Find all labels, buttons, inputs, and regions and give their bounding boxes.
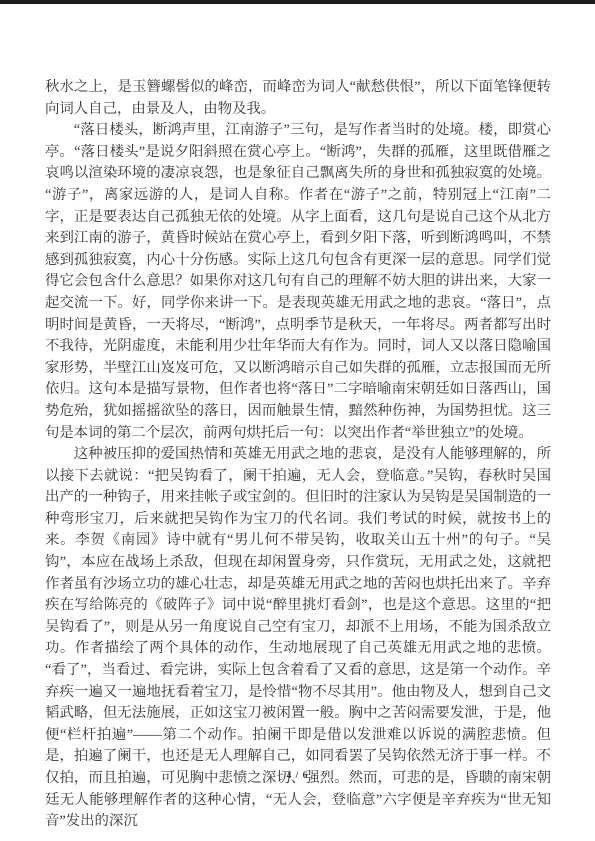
page-top-edge — [0, 0, 595, 4]
page-number-label: 4 / 6 — [287, 771, 309, 781]
page-number: 4 / 6 — [0, 771, 595, 781]
page-text-body: 秋水之上，是玉簪螺髻似的峰峦，而峰峦为词人“献愁供恨”，所以下面笔锋便转向词人自… — [45, 77, 551, 833]
paragraph: 秋水之上，是玉簪螺髻似的峰峦，而峰峦为词人“献愁供恨”，所以下面笔锋便转向词人自… — [45, 77, 551, 120]
document-page: 秋水之上，是玉簪螺髻似的峰峦，而峰峦为词人“献愁供恨”，所以下面笔锋便转向词人自… — [0, 0, 595, 841]
paragraph: “落日楼头，断鸿声里，江南游子”三句，是写作者当时的处境。楼，即赏心亭。“落日楼… — [45, 120, 551, 444]
